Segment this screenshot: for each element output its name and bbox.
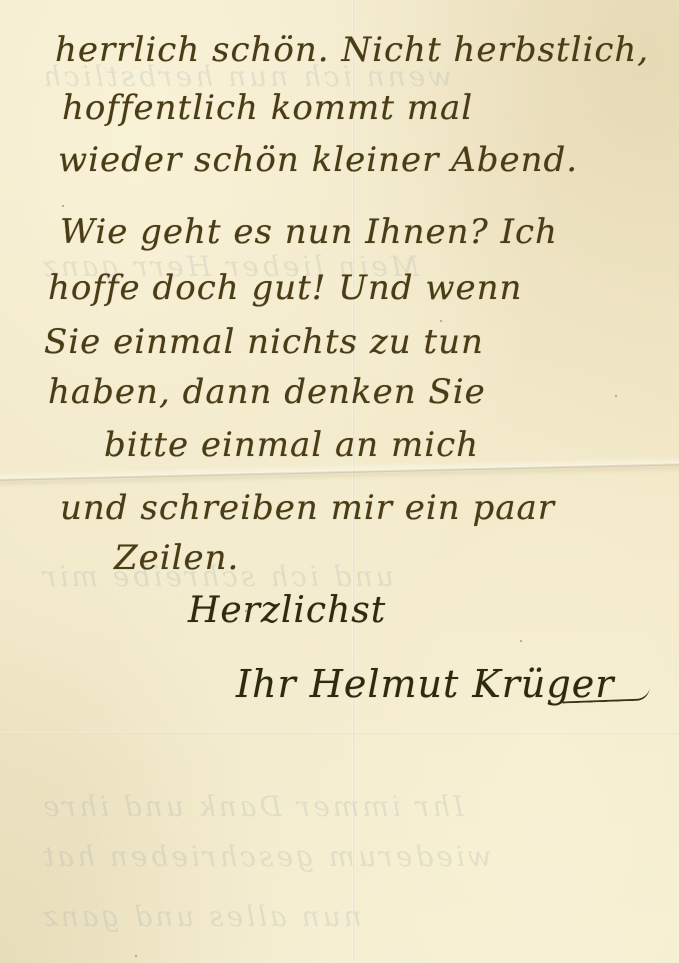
letter-line-4: Wie geht es nun Ihnen? Ich — [60, 212, 558, 252]
letter-line-7: haben, dann denken Sie — [48, 372, 486, 412]
paper-speck — [520, 640, 522, 642]
letter-line-8: bitte einmal an mich — [104, 425, 479, 465]
letter-page: wenn ich nun herbstlich Mein lieber Herr… — [0, 0, 679, 963]
paper-speck — [135, 955, 137, 957]
paper-speck — [62, 205, 64, 207]
letter-line-1: herrlich schön. Nicht herbstlich, — [55, 30, 649, 70]
lower-fold-crease — [0, 732, 679, 734]
bleed-through-text: Ihr immer Dank und ihre — [40, 790, 464, 823]
letter-line-10: Zeilen. — [114, 538, 239, 578]
paper-speck — [615, 395, 617, 397]
bleed-through-text: nun alles und ganz — [40, 900, 362, 933]
letter-line-6: Sie einmal nichts zu tun — [44, 322, 484, 362]
letter-line-5: hoffe doch gut! Und wenn — [48, 268, 522, 308]
signature-flourish — [560, 686, 650, 703]
letter-line-2: hoffentlich kommt mal — [62, 88, 473, 128]
signature: Ihr Helmut Krüger — [236, 662, 614, 706]
closing-salutation: Herzlichst — [188, 590, 386, 631]
letter-line-9: und schreiben mir ein paar — [60, 488, 555, 528]
letter-line-3: wieder schön kleiner Abend. — [58, 140, 578, 180]
paper-speck — [245, 610, 247, 612]
bleed-through-text: wiederum geschrieben hat — [40, 840, 492, 873]
paper-speck — [440, 320, 442, 322]
